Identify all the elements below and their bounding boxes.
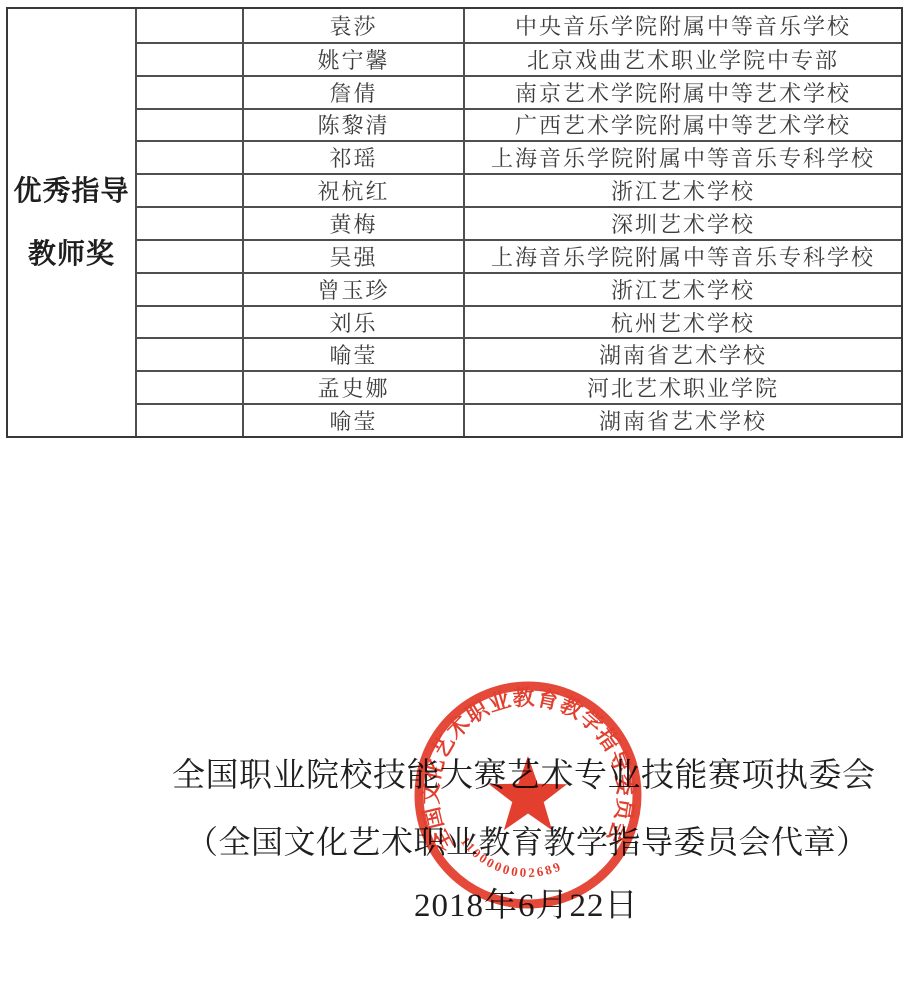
blank-cell [135, 403, 242, 436]
school-cell: 南京艺术学院附属中等艺术学校 [463, 75, 901, 108]
teacher-name-cell: 詹倩 [242, 75, 463, 108]
award-table: 优秀指导 教师奖 袁莎 中央音乐学院附属中等音乐学校 姚宁馨 北京戏曲艺术职业学… [6, 7, 903, 438]
award-category-cell: 优秀指导 教师奖 [8, 9, 135, 436]
teacher-name-cell: 喻莹 [242, 337, 463, 370]
teacher-name-cell: 刘乐 [242, 305, 463, 338]
blank-cell [135, 9, 242, 42]
blank-cell [135, 42, 242, 75]
blank-cell [135, 206, 242, 239]
school-cell: 浙江艺术学校 [463, 272, 901, 305]
blank-cell [135, 140, 242, 173]
teacher-name-cell: 喻莹 [242, 403, 463, 436]
school-cell: 深圳艺术学校 [463, 206, 901, 239]
school-cell: 上海音乐学院附属中等音乐专科学校 [463, 140, 901, 173]
blank-cell [135, 272, 242, 305]
seal-code: 1100000002689 [458, 834, 565, 880]
school-cell: 河北艺术职业学院 [463, 370, 901, 403]
school-cell: 中央音乐学院附属中等音乐学校 [463, 9, 901, 42]
blank-cell [135, 173, 242, 206]
blank-cell [135, 239, 242, 272]
teacher-name-cell: 祝杭红 [242, 173, 463, 206]
teacher-name-cell: 曾玉珍 [242, 272, 463, 305]
seal-star [489, 756, 567, 830]
school-cell: 杭州艺术学校 [463, 305, 901, 338]
school-cell: 北京戏曲艺术职业学院中专部 [463, 42, 901, 75]
school-cell: 浙江艺术学校 [463, 173, 901, 206]
teacher-name-cell: 吴强 [242, 239, 463, 272]
blank-cell [135, 305, 242, 338]
teacher-name-cell: 袁莎 [242, 9, 463, 42]
official-seal: 全国文化艺术职业教育教学指导委员会 1100000002689 [403, 670, 653, 920]
school-cell: 广西艺术学院附属中等艺术学校 [463, 108, 901, 141]
school-cell: 上海音乐学院附属中等音乐专科学校 [463, 239, 901, 272]
teacher-name-cell: 孟史娜 [242, 370, 463, 403]
blank-cell [135, 75, 242, 108]
blank-cell [135, 337, 242, 370]
svg-text:1100000002689: 1100000002689 [458, 834, 565, 880]
school-cell: 湖南省艺术学校 [463, 337, 901, 370]
teacher-name-cell: 黄梅 [242, 206, 463, 239]
blank-cell [135, 370, 242, 403]
teacher-name-cell: 陈黎清 [242, 108, 463, 141]
teacher-name-cell: 祁瑶 [242, 140, 463, 173]
teacher-name-cell: 姚宁馨 [242, 42, 463, 75]
blank-cell [135, 108, 242, 141]
award-category-line1: 优秀指导 [13, 159, 129, 222]
document-page: 优秀指导 教师奖 袁莎 中央音乐学院附属中等音乐学校 姚宁馨 北京戏曲艺术职业学… [0, 0, 910, 984]
award-category-line2: 教师奖 [28, 222, 115, 285]
school-cell: 湖南省艺术学校 [463, 403, 901, 436]
